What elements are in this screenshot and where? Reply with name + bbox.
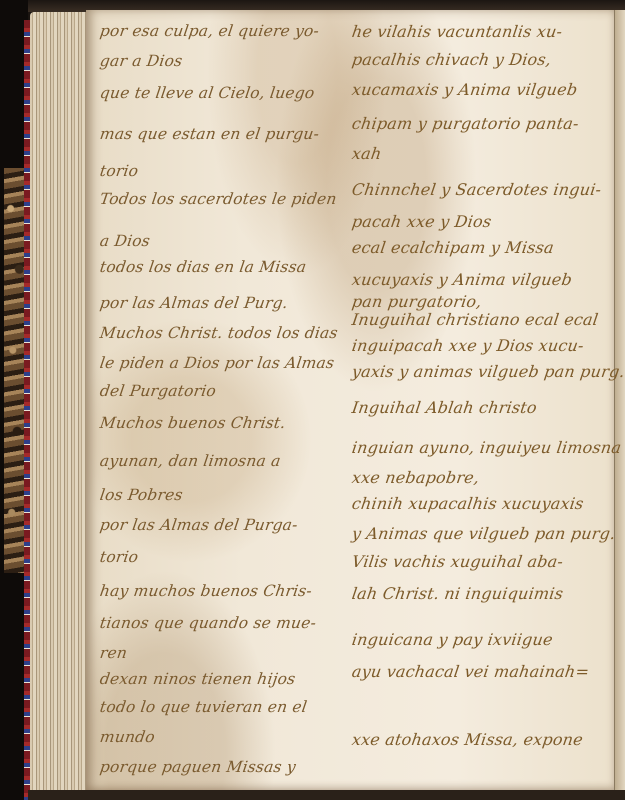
marbled-cover [4, 168, 26, 573]
manuscript-line: yaxis y animas vilgueb pan purg. [351, 362, 625, 381]
next-page-edge [614, 10, 625, 792]
manuscript-line: por las Almas del Purga- [99, 516, 299, 534]
manuscript-line: xah [351, 144, 383, 163]
manuscript-line: pacah xxe y Dios [351, 212, 493, 231]
manuscript-line: Inguihal Ablah christo [351, 398, 539, 417]
manuscript-line: Todos los sacerdotes le piden [99, 190, 338, 208]
manuscript-line: todos los dias en la Missa [99, 258, 308, 276]
manuscript-line: xxe nebapobre, [351, 468, 481, 487]
manuscript-line: hay muchos buenos Chris- [99, 582, 313, 600]
manuscript-line: por esa culpa, el quiere yo- [99, 22, 321, 40]
manuscript-line: del Purgatorio [99, 382, 218, 400]
page-stack-edges [30, 12, 90, 794]
manuscript-line: inguicana y pay ixviigue [351, 630, 554, 649]
manuscript-line: todo lo que tuvieran en el [99, 698, 309, 716]
manuscript-line: pacalhis chivach y Dios, [351, 50, 553, 69]
manuscript-line: Inuguihal christiano ecal ecal [351, 310, 600, 329]
manuscript-line: mundo [99, 728, 156, 746]
manuscript-line: Vilis vachis xuguihal aba- [351, 552, 565, 571]
manuscript-line: inguian ayuno, inguiyeu limosna [351, 438, 623, 457]
manuscript-line: pan purgatorio, [351, 292, 483, 311]
manuscript-line: xucuyaxis y Anima vilgueb [351, 270, 574, 289]
manuscript-line: le piden a Dios por las Almas [99, 354, 336, 372]
manuscript-line: Muchos buenos Christ. [99, 414, 287, 432]
manuscript-line: ren [99, 644, 129, 662]
manuscript-line: los Pobres [99, 486, 184, 504]
manuscript-line: chinih xupacalhis xucuyaxis [351, 494, 585, 513]
manuscript-line: ayu vachacal vei mahainah= [351, 662, 591, 681]
manuscript-line: gar a Dios [99, 52, 184, 70]
manuscript-line: por las Almas del Purg. [99, 294, 289, 312]
manuscript-line: lah Christ. ni inguiquimis [351, 584, 565, 603]
manuscript-line: que te lleve al Cielo, luego [99, 84, 316, 102]
column-divider [350, 22, 351, 782]
manuscript-line: mas que estan en el purgu- [99, 125, 321, 143]
manuscript-line: ecal ecalchipam y Missa [351, 238, 556, 257]
manuscript-line: chipam y purgatorio panta- [351, 114, 580, 133]
manuscript-line: torio [99, 548, 140, 566]
manuscript-line: xxe atohaxos Missa, expone [351, 730, 585, 749]
manuscript-line: inguipacah xxe y Dios xucu- [351, 336, 585, 355]
manuscript-line: tianos que quando se mue- [99, 614, 318, 632]
bottom-background [28, 790, 625, 800]
manuscript-line: ayunan, dan limosna a [99, 452, 282, 470]
manuscript-line: Chinnchel y Sacerdotes ingui- [351, 180, 603, 199]
manuscript-line: Muchos Christ. todos los dias [99, 324, 339, 342]
manuscript-line: y Animas que vilgueb pan purg. [351, 524, 617, 543]
manuscript-line: a Dios [99, 232, 152, 250]
manuscript-line: porque paguen Missas y [99, 758, 297, 776]
manuscript-line: he vilahis vacuntanlis xu- [351, 22, 564, 41]
manuscript-line: torio [99, 162, 140, 180]
manuscript-line: xucamaxis y Anima vilgueb [351, 80, 579, 99]
manuscript-line: dexan ninos tienen hijos [99, 670, 297, 688]
